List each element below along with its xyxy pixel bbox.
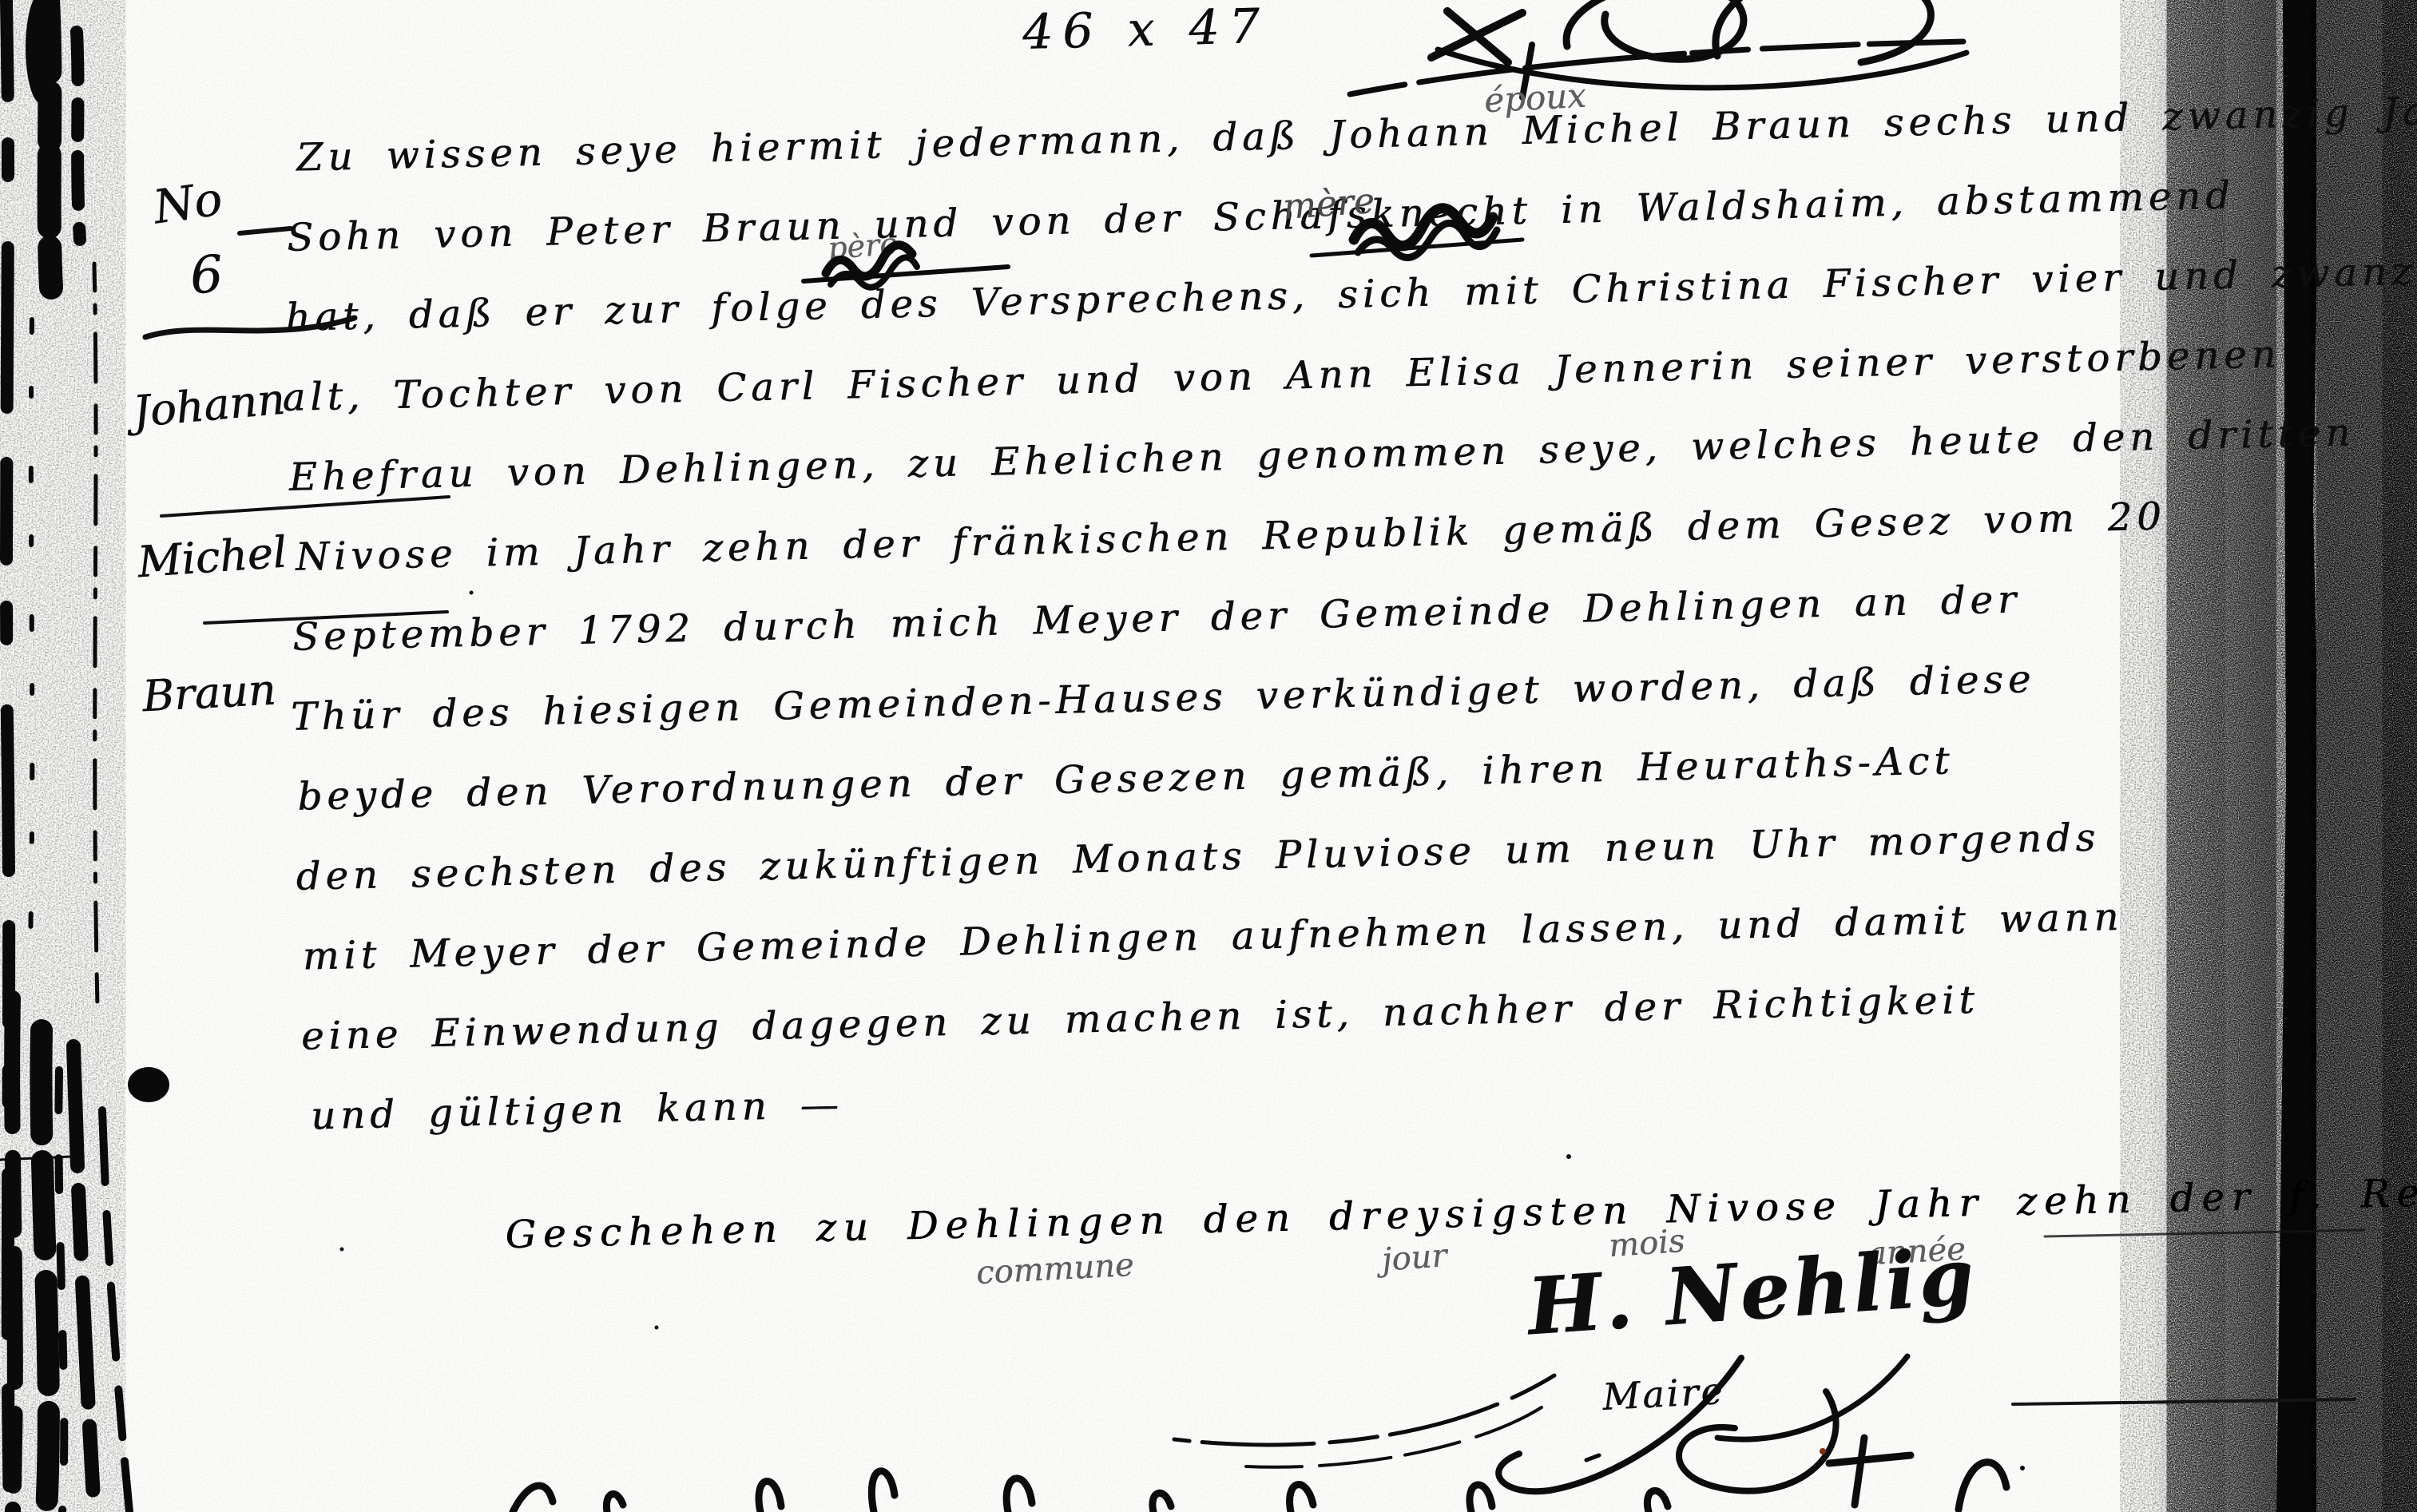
body-line: Ehefrau von Dehlingen, zu Ehelichen geno… — [288, 410, 2355, 499]
body-line: Sohn von Peter Braun und von der Schafsk… — [287, 173, 2236, 260]
signature-title: Maire — [1601, 1369, 1726, 1419]
margin-entry-number: 6 — [188, 245, 224, 307]
body-line: mit Meyer der Gemeinde Dehlingen aufnehm… — [302, 895, 2124, 979]
closing-line: Geschehen zu Dehlingen den dreysigsten N… — [505, 1170, 2417, 1257]
body-line: hat, daß er zur folge des Versprechens, … — [285, 248, 2417, 339]
body-line: eine Einwendung dagegen zu machen ist, n… — [300, 978, 1979, 1059]
pencil-annotation-epoux: époux — [1483, 76, 1587, 121]
body-line: Nivose im Jahr zehn der fränkischen Repu… — [295, 494, 2166, 580]
body-line: September 1792 durch mich Meyer der Geme… — [292, 577, 2021, 660]
body-line: Thür des hiesigen Gemeinden-Hauses verkü… — [291, 657, 2036, 740]
cut-off-next-entry-line — [513, 1438, 2006, 1512]
margin-name-line: Johann — [131, 374, 287, 437]
ink-blob — [128, 1067, 169, 1102]
margin-number-symbol: No — [150, 171, 225, 234]
left-binding-edge — [0, 0, 169, 1512]
size-annotation: 46 x 47 — [1022, 0, 1269, 61]
body-line: den sechsten des zukünftigen Monats Pluv… — [296, 816, 2101, 899]
body-line: und gültigen kann — — [311, 1082, 844, 1139]
record-body: Zu wissen seye hiermit jedermann, daß Jo… — [281, 76, 2401, 1399]
pencil-annotation-jour: jour — [1380, 1237, 1447, 1279]
body-line: Zu wissen seye hiermit jedermann, daß Jo… — [296, 88, 2417, 181]
scanned-register-page: 46 x 47 No 6 Johann Michel Braun Zu wiss… — [0, 0, 2417, 1512]
pencil-annotation-mere: mère — [1281, 181, 1375, 228]
margin-name-line: Braun — [141, 665, 276, 722]
body-line: beyde den Verordnungen der Gesezen gemäß… — [297, 739, 1955, 819]
corner-flourish — [1350, 0, 1967, 97]
body-line: alt, Tochter von Carl Fischer und von An… — [282, 331, 2281, 420]
pencil-annotation-pere: père — [827, 226, 899, 266]
margin-name-line: Michel — [136, 527, 288, 588]
